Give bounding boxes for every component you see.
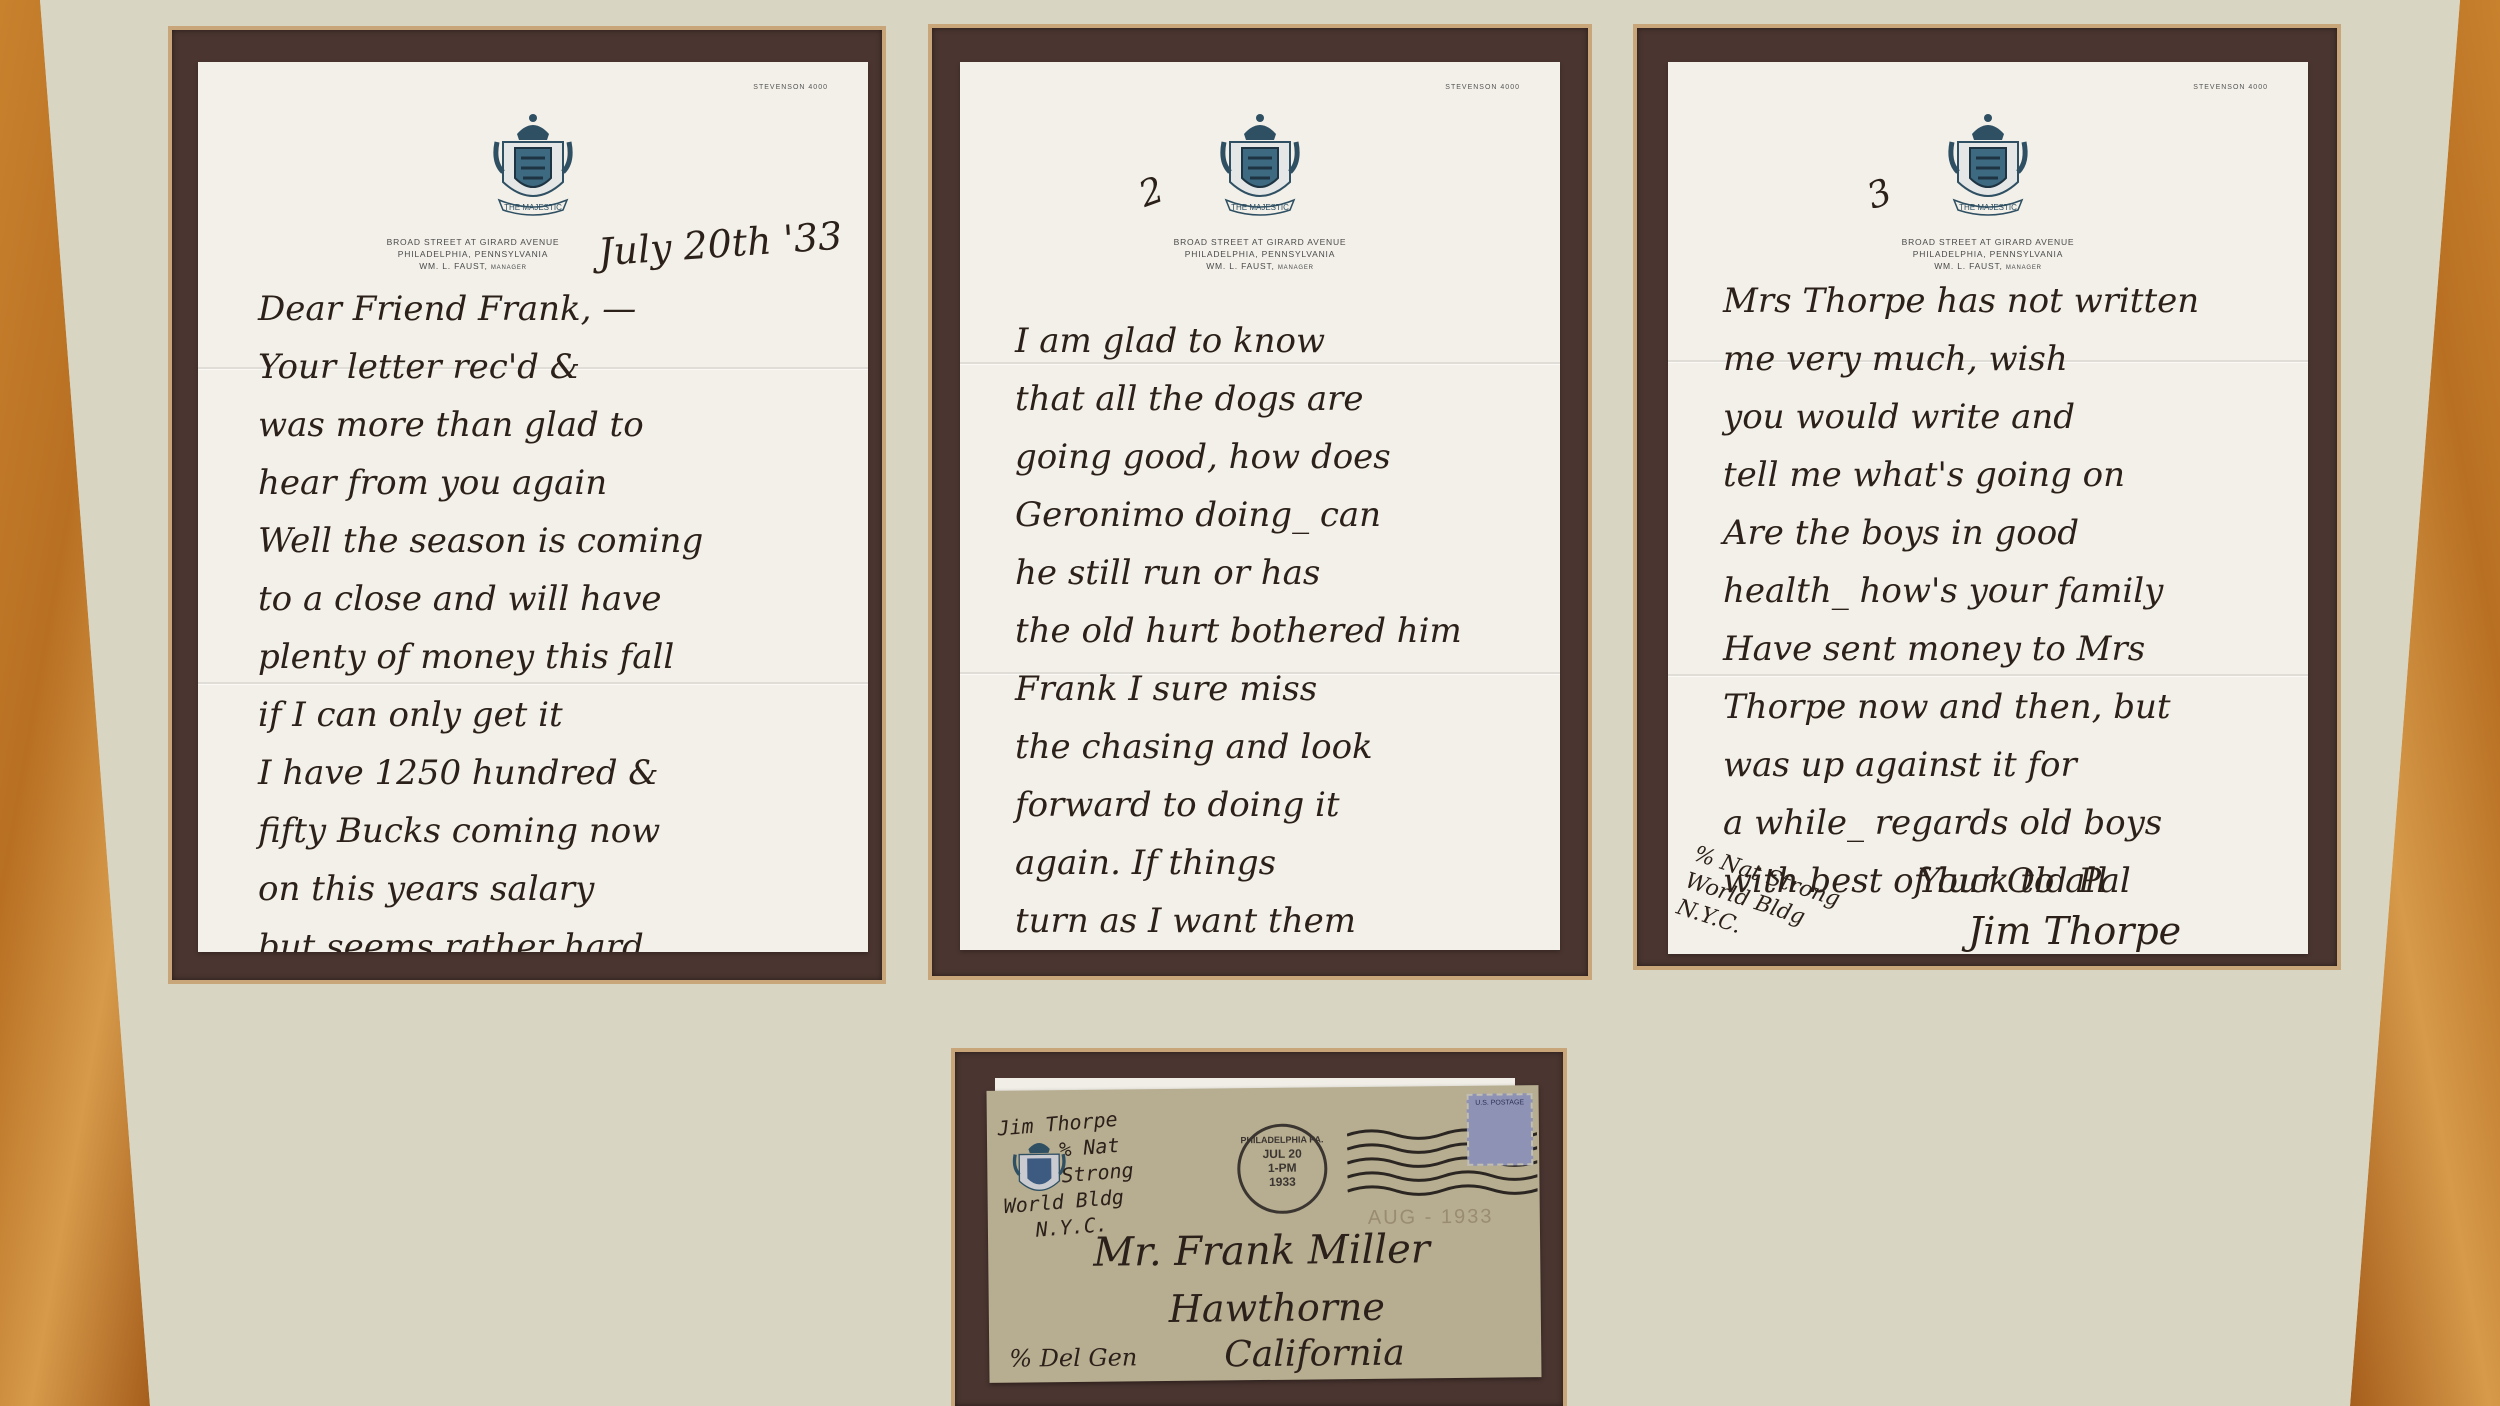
- page-number: 2: [1134, 169, 1170, 215]
- address-city: Hawthorne: [1169, 1285, 1386, 1331]
- postmark: PHILADELPHIA PA. JUL 20 1-PM 1933: [1237, 1123, 1328, 1214]
- letterhead-phone: STEVENSON 4000: [1445, 84, 1520, 91]
- address-state: California: [1224, 1333, 1405, 1376]
- signature: Jim Thorpe: [1968, 902, 2181, 954]
- postage-stamp: U.S. POSTAGE: [1467, 1093, 1534, 1166]
- majestic-crest-icon: THE MAJESTIC: [1944, 112, 2032, 220]
- svg-text:THE MAJESTIC: THE MAJESTIC: [1231, 203, 1289, 212]
- page-number: 3: [1862, 171, 1898, 217]
- letter-page-2: STEVENSON 4000 THE MAJESTIC BROAD STREET…: [960, 62, 1560, 950]
- letter-page-1: STEVENSON 4000 THE MAJESTIC BROAD STREET…: [198, 62, 868, 952]
- majestic-crest-icon: THE MAJESTIC: [1216, 112, 1304, 220]
- letterhead-address: BROAD STREET AT GIRARD AVENUE PHILADELPH…: [1668, 236, 2308, 274]
- majestic-crest-icon: THE MAJESTIC: [489, 112, 577, 220]
- return-address: Jim Thorpe% NatStrongWorld BldgN.Y.C.: [996, 1105, 1138, 1245]
- letter-body-1: Dear Friend Frank, — Your letter rec'd &…: [258, 280, 703, 952]
- letterhead-phone: STEVENSON 4000: [753, 84, 828, 91]
- addressee: Mr. Frank Miller: [1093, 1226, 1430, 1276]
- letter-page-3: STEVENSON 4000 THE MAJESTIC BROAD STREET…: [1668, 62, 2308, 954]
- svg-text:THE MAJESTIC: THE MAJESTIC: [1959, 203, 2017, 212]
- letterhead-phone: STEVENSON 4000: [2193, 84, 2268, 91]
- svg-text:THE MAJESTIC: THE MAJESTIC: [504, 203, 562, 212]
- envelope-note: % Del Gen: [1009, 1343, 1137, 1372]
- envelope: Jim Thorpe% NatStrongWorld BldgN.Y.C. PH…: [986, 1085, 1541, 1383]
- letter-body-2: I am glad to know that all the dogs are …: [1015, 312, 1462, 950]
- letterhead-address: BROAD STREET AT GIRARD AVENUE PHILADELPH…: [960, 236, 1560, 274]
- letter-body-3: Mrs Thorpe has not written me very much,…: [1723, 272, 2199, 910]
